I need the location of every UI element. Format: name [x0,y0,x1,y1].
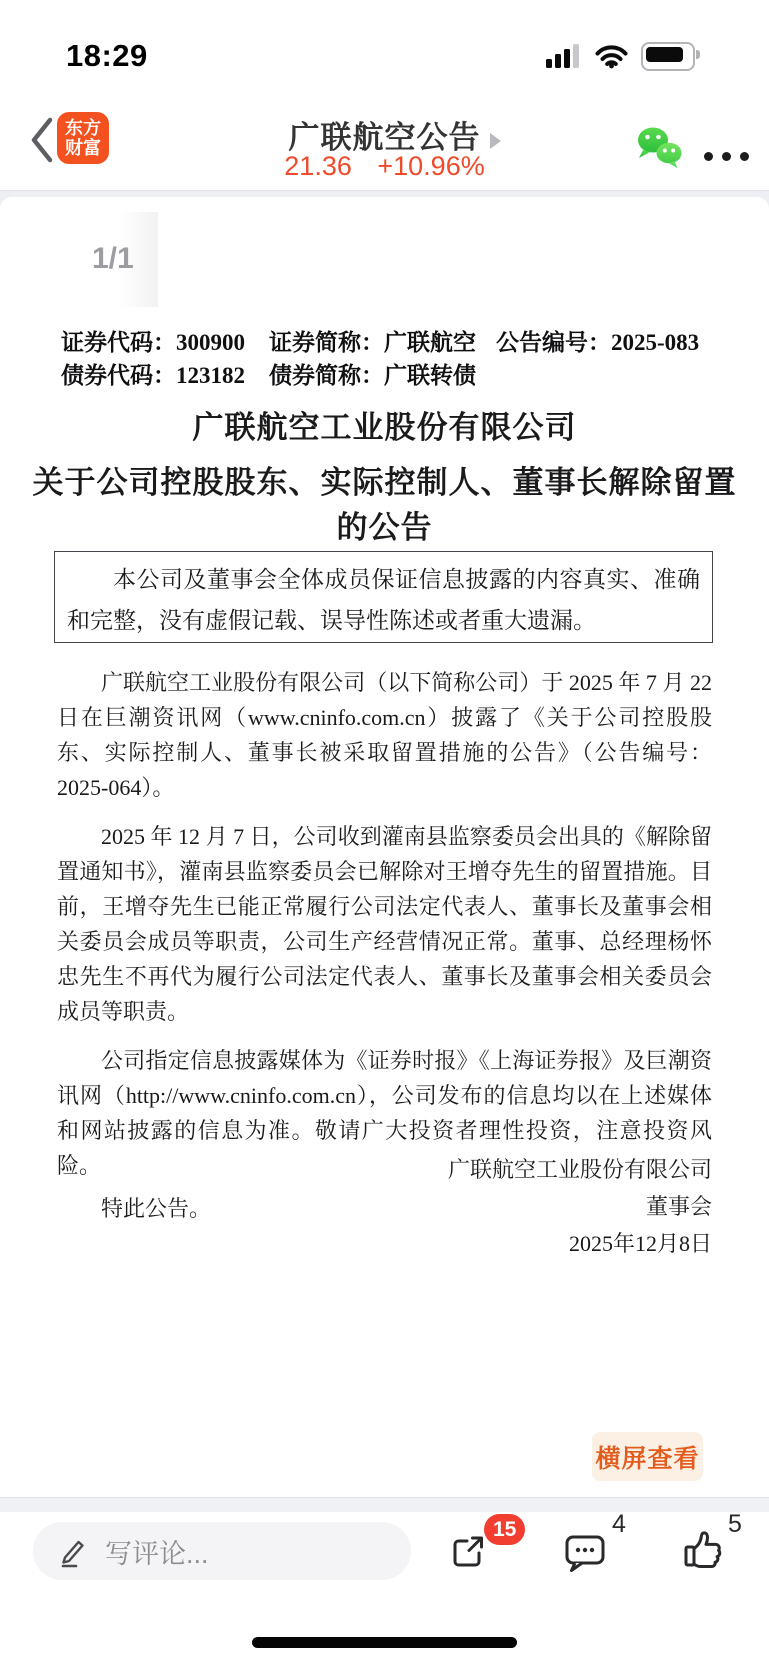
home-indicator[interactable] [252,1637,517,1648]
dot-icon [704,152,713,161]
comment-input[interactable]: 写评论... [33,1522,411,1580]
paragraph: 2025 年 12 月 7 日，公司收到灌南县监察委员会出具的《解除留置通知书》… [57,819,712,1029]
cellular-signal-icon [546,44,582,68]
signature-company: 广联航空工业股份有限公司 [448,1151,712,1188]
dot-icon [740,152,749,161]
security-code: 证券代码：300900 [61,324,245,357]
announcement-title: 关于公司控股股东、实际控制人、董事长解除留置 的公告 [0,460,769,550]
toolbar-divider [0,1497,769,1513]
company-name-title: 广联航空工业股份有限公司 [0,402,769,447]
signature-date: 2025年12月8日 [448,1225,712,1262]
status-time: 18:29 [66,38,148,74]
paragraph: 广联航空工业股份有限公司（以下简称公司）于 2025 年 7 月 22 日在巨潮… [57,665,712,805]
pencil-icon [55,1535,88,1568]
more-menu-button[interactable] [704,152,749,161]
bond-code: 债券代码：123182 [61,357,245,390]
share-icon [445,1529,489,1575]
disclosure-notice-text: 本公司及董事会全体成员保证信息披露的内容真实、准确和完整，没有虚假记载、误导性陈… [67,552,700,641]
stock-change: +10.96% [377,151,484,181]
thumbs-up-icon [681,1527,725,1573]
share-button[interactable] [445,1529,489,1580]
share-count-badge: 15 [484,1514,525,1545]
stock-price: 21.36 [284,151,352,181]
comment-bubble-icon [563,1530,607,1574]
battery-icon [641,42,695,71]
comment-count: 4 [612,1510,626,1539]
page-indicator: 1/1 [92,242,134,276]
announcement-number: 公告编号：2025-083 [496,324,699,357]
wifi-icon [595,44,628,69]
like-count: 5 [728,1510,742,1539]
comments-button[interactable] [563,1530,607,1579]
signature-board: 董事会 [448,1188,712,1225]
signature-block: 广联航空工业股份有限公司 董事会 2025年12月8日 [448,1151,712,1262]
comment-placeholder: 写评论... [105,1532,209,1571]
dot-icon [722,152,731,161]
title-expand-arrow-icon[interactable] [490,133,501,149]
like-button[interactable] [681,1527,725,1578]
pdf-document-page: 1/1 证券代码：300900 证券简称：广联航空 公告编号：2025-083 … [0,197,769,1497]
bond-name: 债券简称：广联转债 [269,357,476,390]
wechat-share-button[interactable] [636,126,684,173]
wechat-icon [636,126,684,168]
announcement-screen: 18:29 东方 财富 广联航空公告 21.36 +10.96% [0,0,769,1665]
landscape-view-button[interactable]: 横屏查看 [592,1432,703,1481]
disclosure-notice-box: 本公司及董事会全体成员保证信息披露的内容真实、准确和完整，没有虚假记载、误导性陈… [54,551,713,643]
page-title: 广联航空公告 [289,120,481,155]
status-icons [546,42,695,70]
security-name: 证券简称：广联航空 [269,324,476,357]
